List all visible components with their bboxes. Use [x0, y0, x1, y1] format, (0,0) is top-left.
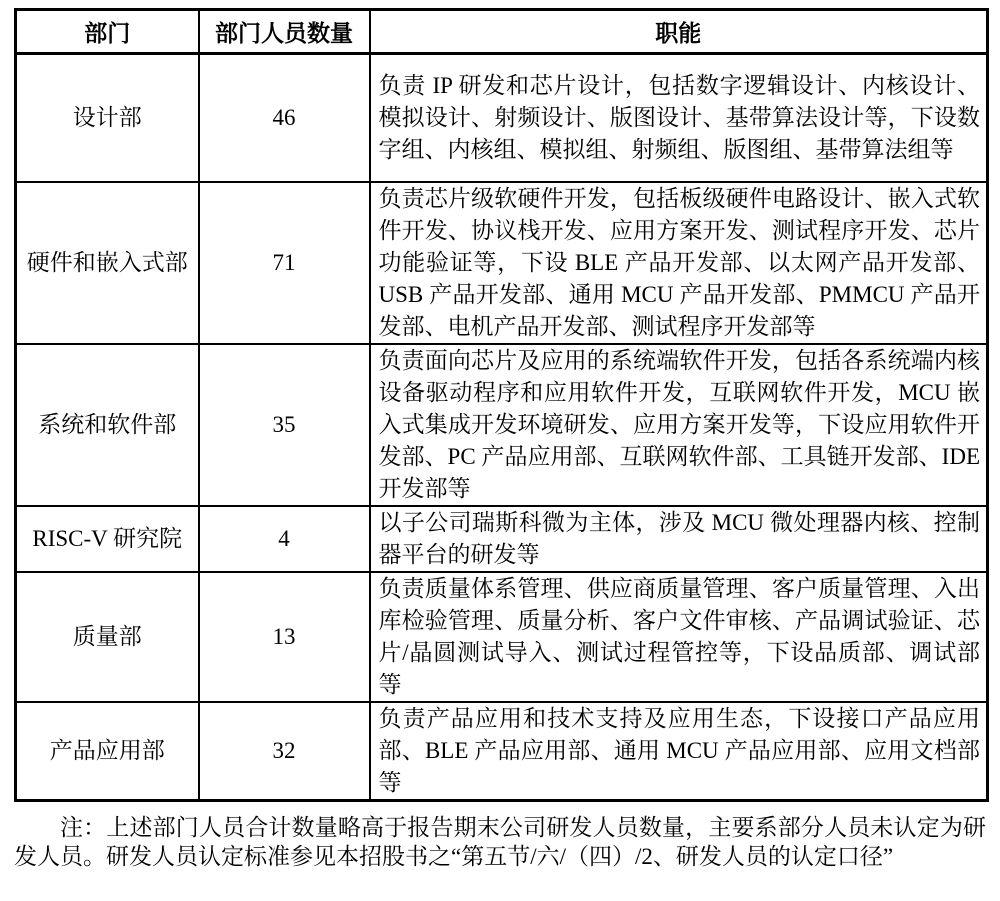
dept-function-cell: 负责产品应用和技术支持及应用生态，下设接口产品应用部、BLE 产品应用部、通用 … [370, 702, 988, 801]
table-row: 质量部 13 负责质量体系管理、供应商质量管理、客户质量管理、入出库检验管理、质… [16, 572, 988, 702]
table-row: 设计部 46 负责 IP 研发和芯片设计，包括数字逻辑设计、内核设计、模拟设计、… [16, 54, 988, 182]
table-row: 硬件和嵌入式部 71 负责芯片级软硬件开发，包括板级硬件电路设计、嵌入式软件开发… [16, 182, 988, 344]
dept-function-cell: 负责芯片级软硬件开发，包括板级硬件电路设计、嵌入式软件开发、协议栈开发、应用方案… [370, 182, 988, 344]
dept-name-cell: 设计部 [16, 54, 199, 182]
document-page: 部门 部门人员数量 职能 设计部 46 负责 IP 研发和芯片设计，包括数字逻辑… [0, 0, 1000, 871]
dept-function-cell: 以子公司瑞斯科微为主体，涉及 MCU 微处理器内核、控制器平台的研发等 [370, 506, 988, 572]
table-row: RISC-V 研究院 4 以子公司瑞斯科微为主体，涉及 MCU 微处理器内核、控… [16, 506, 988, 572]
dept-name-cell: 系统和软件部 [16, 344, 199, 506]
dept-name-cell: 质量部 [16, 572, 199, 702]
table-row: 系统和软件部 35 负责面向芯片及应用的系统端软件开发，包括各系统端内核设备驱动… [16, 344, 988, 506]
header-count: 部门人员数量 [199, 10, 370, 54]
dept-name-cell: RISC-V 研究院 [16, 506, 199, 572]
dept-count-cell: 46 [199, 54, 370, 182]
dept-function-cell: 负责质量体系管理、供应商质量管理、客户质量管理、入出库检验管理、质量分析、客户文… [370, 572, 988, 702]
dept-count-cell: 35 [199, 344, 370, 506]
dept-count-cell: 71 [199, 182, 370, 344]
dept-count-cell: 4 [199, 506, 370, 572]
dept-function-cell: 负责 IP 研发和芯片设计，包括数字逻辑设计、内核设计、模拟设计、射频设计、版图… [370, 54, 988, 182]
dept-name-cell: 产品应用部 [16, 702, 199, 801]
table-header: 部门 部门人员数量 职能 [16, 10, 988, 54]
header-func: 职能 [370, 10, 988, 54]
header-dept: 部门 [16, 10, 199, 54]
footnote: 注：上述部门人员合计数量略高于报告期末公司研发人员数量，主要系部分人员未认定为研… [14, 813, 986, 871]
department-table: 部门 部门人员数量 职能 设计部 46 负责 IP 研发和芯片设计，包括数字逻辑… [14, 8, 989, 802]
dept-count-cell: 13 [199, 572, 370, 702]
dept-function-cell: 负责面向芯片及应用的系统端软件开发，包括各系统端内核设备驱动程序和应用软件开发，… [370, 344, 988, 506]
header-row: 部门 部门人员数量 职能 [16, 10, 988, 54]
table-row: 产品应用部 32 负责产品应用和技术支持及应用生态，下设接口产品应用部、BLE … [16, 702, 988, 801]
dept-name-cell: 硬件和嵌入式部 [16, 182, 199, 344]
dept-count-cell: 32 [199, 702, 370, 801]
table-body: 设计部 46 负责 IP 研发和芯片设计，包括数字逻辑设计、内核设计、模拟设计、… [16, 54, 988, 801]
